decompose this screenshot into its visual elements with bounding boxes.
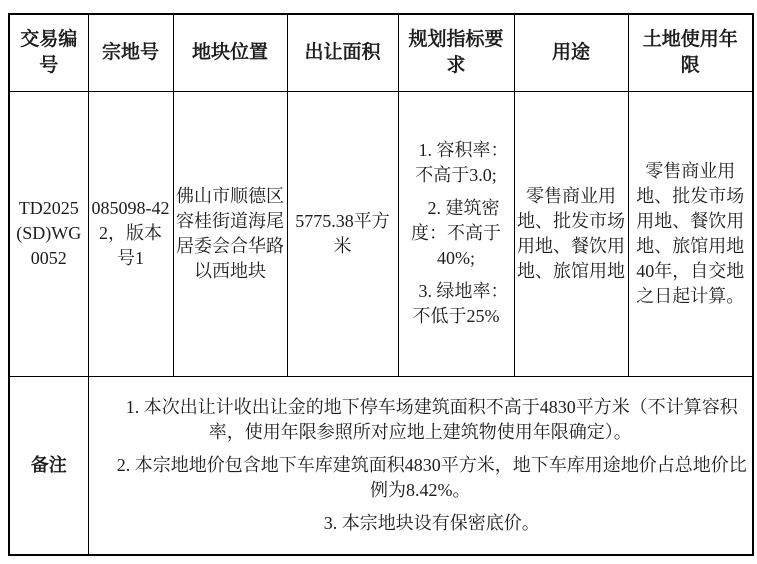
planning-item: 1. 容积率：不高于3.0; xyxy=(401,138,512,188)
header-location: 地块位置 xyxy=(173,14,287,91)
remark-item: 2. 本宗地地价包含地下车库建筑面积4830平方米，地下车库用途地价占总地价比例… xyxy=(91,453,751,503)
cell-planning-requirements: 1. 容积率：不高于3.0;2. 建筑密度：不高于40%;3. 绿地率：不低于2… xyxy=(398,91,514,376)
header-area: 出让面积 xyxy=(287,14,398,91)
cell-location: 佛山市顺德区容桂街道海尾居委会合华路以西地块 xyxy=(173,91,287,376)
cell-usage: 零售商业用地、批发市场用地、餐饮用地、旅馆用地 xyxy=(514,91,628,376)
table-row: TD2025(SD)WG0052 085098-422，版本号1 佛山市顺德区容… xyxy=(9,91,753,376)
land-transaction-table: 交易编号 宗地号 地块位置 出让面积 规划指标要求 用途 土地使用年限 TD20… xyxy=(8,13,754,556)
header-tenure: 土地使用年限 xyxy=(628,14,753,91)
planning-items-list: 1. 容积率：不高于3.0;2. 建筑密度：不高于40%;3. 绿地率：不低于2… xyxy=(401,138,512,329)
header-transaction-id: 交易编号 xyxy=(9,14,88,91)
cell-tenure: 零售商业用地、批发市场用地、餐饮用地、旅馆用地40年，自交地之日起计算。 xyxy=(628,91,753,376)
remarks-list: 1. 本次出让计收出让金的地下停车场建筑面积不高于4830平方米（不计算容积率，… xyxy=(91,395,751,536)
remarks-row: 备注 1. 本次出让计收出让金的地下停车场建筑面积不高于4830平方米（不计算容… xyxy=(9,376,753,555)
cell-parcel-id: 085098-422，版本号1 xyxy=(88,91,173,376)
remark-item: 3. 本宗地块设有保密底价。 xyxy=(91,511,751,536)
planning-item: 2. 建筑密度：不高于40%; xyxy=(401,196,512,271)
planning-item: 3. 绿地率：不低于25% xyxy=(401,279,512,329)
cell-transaction-id: TD2025(SD)WG0052 xyxy=(9,91,88,376)
header-parcel-id: 宗地号 xyxy=(88,14,173,91)
header-usage: 用途 xyxy=(514,14,628,91)
table-header-row: 交易编号 宗地号 地块位置 出让面积 规划指标要求 用途 土地使用年限 xyxy=(9,14,753,91)
cell-area: 5775.38平方米 xyxy=(287,91,398,376)
remarks-label: 备注 xyxy=(9,376,88,555)
remarks-content: 1. 本次出让计收出让金的地下停车场建筑面积不高于4830平方米（不计算容积率，… xyxy=(88,376,753,555)
header-planning-requirements: 规划指标要求 xyxy=(398,14,514,91)
remark-item: 1. 本次出让计收出让金的地下停车场建筑面积不高于4830平方米（不计算容积率，… xyxy=(91,395,751,445)
